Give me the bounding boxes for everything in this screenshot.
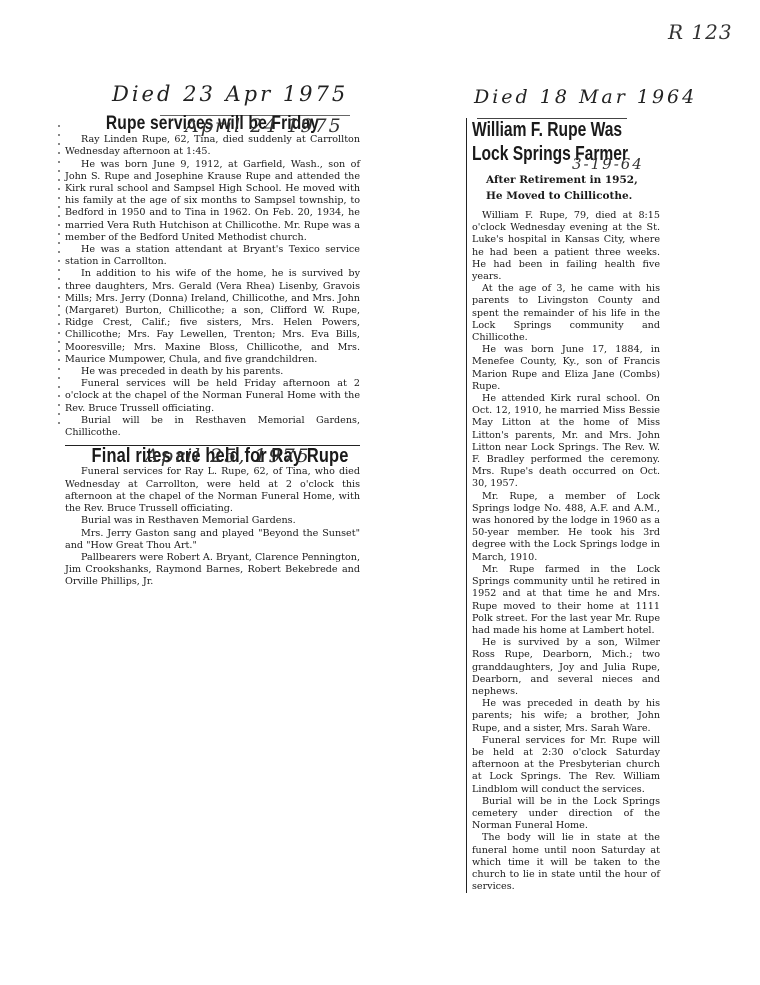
- paragraph: He is survived by a son, Wilmer Ross Rup…: [472, 637, 660, 698]
- paragraph: Funeral services will be held Friday aft…: [65, 378, 360, 415]
- paragraph: Pallbearers were Robert A. Bryant, Clare…: [65, 552, 360, 589]
- paragraph: He was born June 9, 1912, at Garfield, W…: [65, 159, 360, 244]
- paragraph: At the age of 3, he came with his parent…: [472, 283, 660, 344]
- handwritten-death-date-left: Died 23 Apr 1975: [112, 82, 348, 106]
- article-headline-line1: William F. Rupe Was: [472, 118, 619, 142]
- page-label: R 123: [668, 20, 733, 44]
- paragraph: He was preceded in death by his parents.: [65, 366, 360, 378]
- paragraph: Funeral services for Ray L. Rupe, 62, of…: [65, 466, 360, 515]
- paragraph: Burial will be in Resthaven Memorial Gar…: [65, 415, 360, 439]
- paragraph: He was born June 17, 1884, in Menefee Co…: [472, 344, 660, 393]
- paragraph: William F. Rupe, 79, died at 8:15 o'cloc…: [472, 210, 660, 283]
- left-clipping: Rupe services will be Friday April 24 19…: [65, 118, 360, 589]
- paragraph: Mrs. Jerry Gaston sang and played "Beyon…: [65, 528, 360, 552]
- paragraph: He was a station attendant at Bryant's T…: [65, 244, 360, 268]
- article-body: April 25, 1975 Funeral services for Ray …: [65, 466, 360, 588]
- paragraph: The body will lie in state at the funera…: [472, 832, 660, 893]
- paragraph: He was preceded in death by his parents;…: [472, 698, 660, 735]
- article-body: April 24 1975 Ray Linden Rupe, 62, Tina,…: [65, 134, 360, 439]
- paragraph: Ray Linden Rupe, 62, Tina, died suddenly…: [65, 134, 360, 158]
- paragraph: Mr. Rupe, a member of Lock Springs lodge…: [472, 491, 660, 564]
- clipping-cut-edge: [58, 125, 60, 425]
- paragraph: Burial will be in the Lock Springs cemet…: [472, 796, 660, 833]
- paragraph: Mr. Rupe farmed in the Lock Springs comm…: [472, 564, 660, 637]
- paragraph: Burial was in Resthaven Memorial Gardens…: [65, 515, 360, 527]
- subhead-block: 3-19-64 After Retirement in 1952, He Mov…: [472, 166, 660, 204]
- handwritten-death-date-right: Died 18 Mar 1964: [474, 86, 697, 108]
- handwritten-article-date: 3-19-64: [572, 158, 644, 170]
- paragraph: In addition to his wife of the home, he …: [65, 268, 360, 366]
- paragraph: Funeral services for Mr. Rupe will be he…: [472, 735, 660, 796]
- paragraph: He attended Kirk rural school. On Oct. 1…: [472, 393, 660, 491]
- right-clipping: William F. Rupe Was Lock Springs Farmer …: [466, 118, 660, 893]
- handwritten-article-date: April 25, 1975: [145, 450, 311, 462]
- article-rupe-services: Rupe services will be Friday April 24 19…: [65, 118, 360, 439]
- handwritten-article-date: April 24 1975: [185, 120, 343, 132]
- article-final-rites: Final rites are held for Ray Rupe April …: [65, 450, 360, 588]
- article-subhead-line2: He Moved to Chillicothe.: [472, 188, 660, 204]
